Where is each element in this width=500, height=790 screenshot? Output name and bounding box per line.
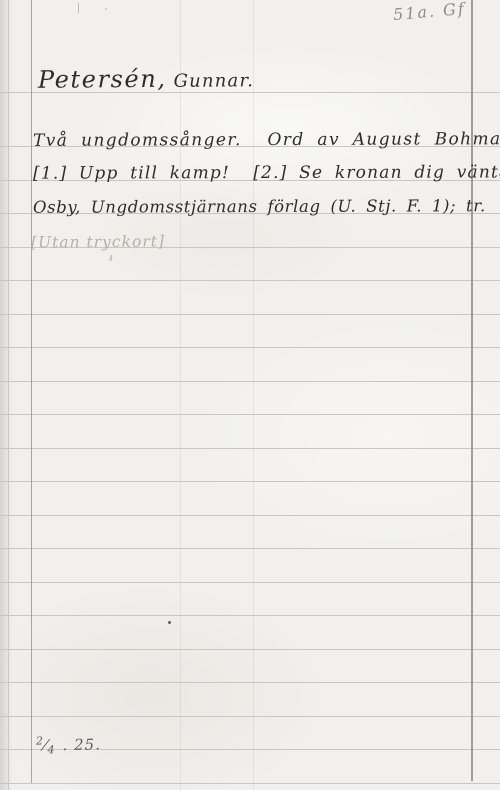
heading-forename: Gunnar. [167,70,255,92]
rule-line [0,582,500,583]
shelf-mark: 51a. Gf [392,0,466,24]
title-line: Två ungdomssånger. Ord av August Bohman. [33,130,500,151]
date-annotation: 2⁄4. 25. [36,733,101,756]
rule-line [0,481,500,482]
rule-line [0,649,500,650]
rule-line [0,515,500,516]
rule-line [0,716,500,717]
rule-line [0,414,500,415]
scan-edge-shadow [0,0,12,790]
stray-mark [105,8,107,10]
stray-mark [109,255,112,261]
left-margin-line [31,0,32,783]
date-fraction-denominator: 4 [47,743,55,756]
rule-line [0,682,500,683]
rule-line [0,280,500,281]
imprint-line: Osby, Ungdomsstjärnans förlag (U. Stj. F… [33,197,486,218]
date-suffix: . 25. [62,735,101,754]
scan-edge-line [8,0,9,790]
rule-line [0,783,500,784]
heading-surname: Petersén, [38,65,167,94]
rule-line [0,548,500,549]
rule-line [0,314,500,315]
card-heading: Petersén, Gunnar. [38,65,254,94]
contents-line: [1.] Upp till kamp! [2.] Se kronan dig v… [33,163,500,184]
rule-line [0,615,500,616]
rule-line [0,347,500,348]
stray-mark [78,3,79,13]
scan-streak [253,0,254,790]
scan-streak [180,0,181,790]
printing-place-note: [Utan tryckort] [31,232,165,251]
catalog-card-scan: 51a. Gf Petersén, Gunnar. Två ungdomssån… [0,0,500,790]
rule-line [0,381,500,382]
rule-line [0,448,500,449]
right-margin-line [471,0,473,781]
ink-speck [168,621,171,624]
date-fraction-numerator: 2 [36,734,44,747]
